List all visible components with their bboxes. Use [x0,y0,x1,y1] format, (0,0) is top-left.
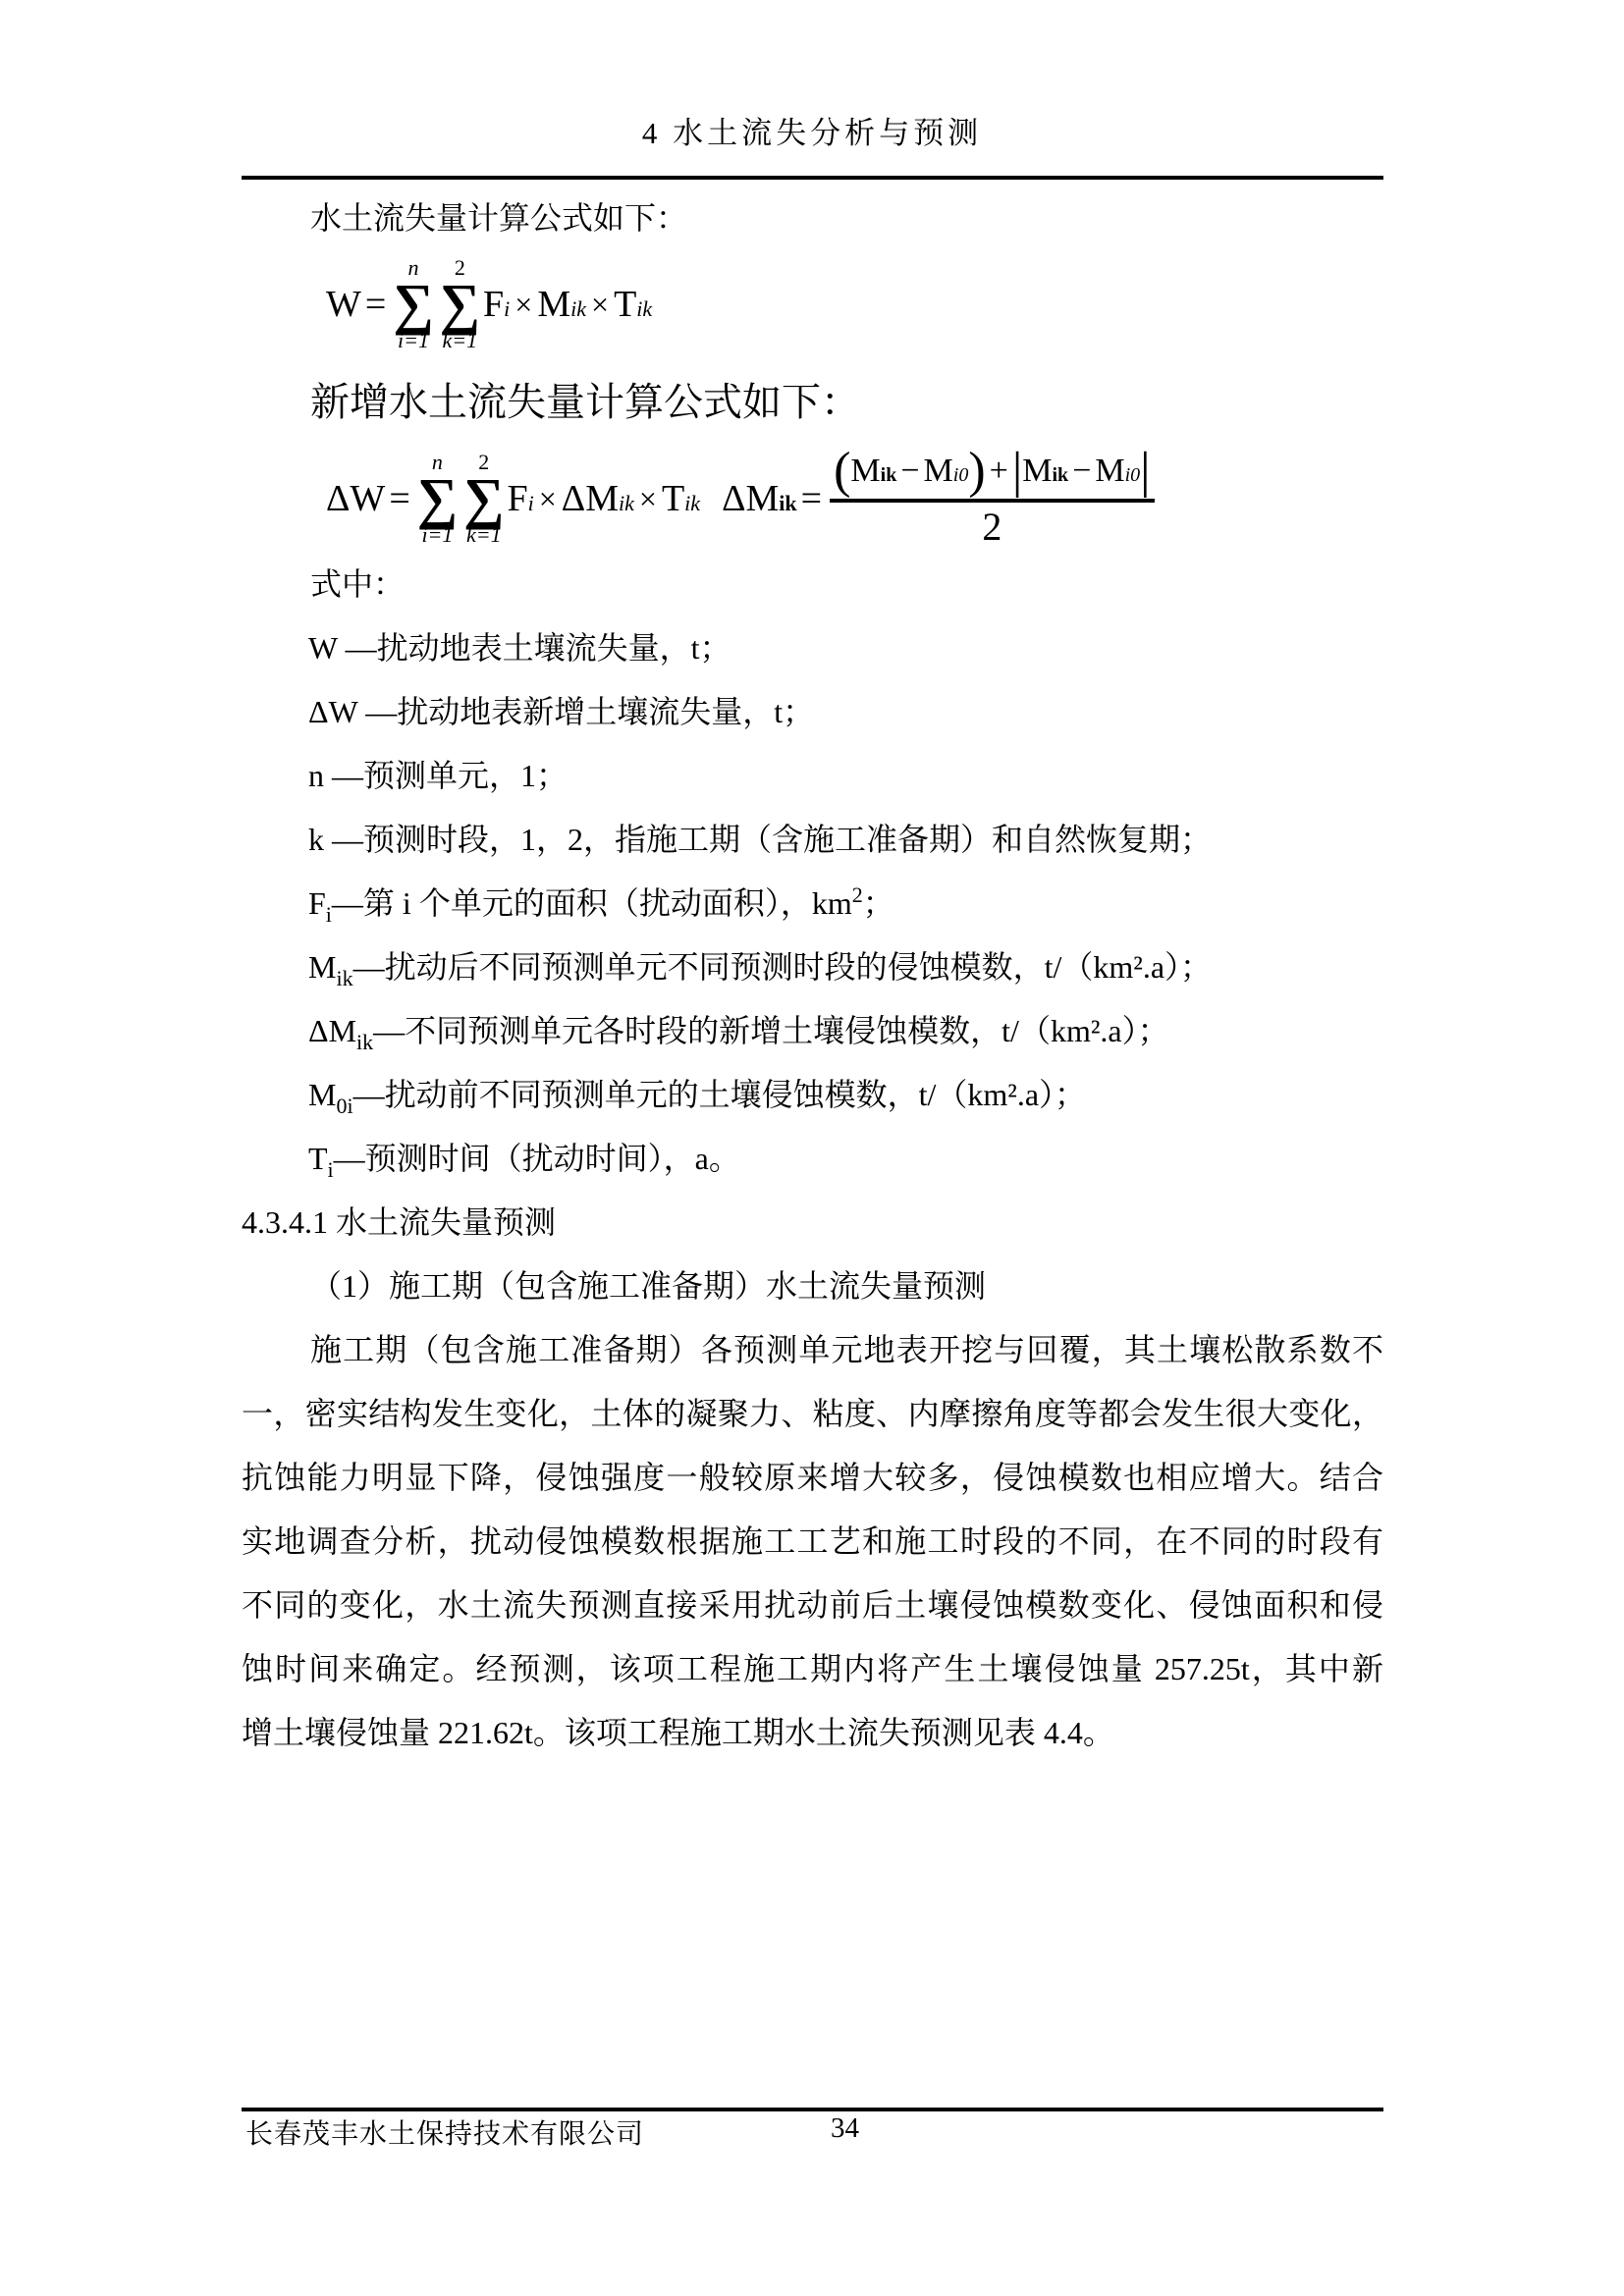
section-heading: 4.3.4.1 水土流失量预测 [242,1191,1383,1255]
multiply-sign: × [539,481,557,517]
multiply-sign: × [591,287,609,323]
paragraph-line: 蚀时间来确定。经预测，该项工程施工期内将产生土壤侵蚀量 257.25t，其中新 [242,1637,1383,1701]
definition-line: ΔMik—不同预测单元各时段的新增土壤侵蚀模数，t/（km².a）； [242,999,1383,1063]
summation-2: 2 ∑ k=1 [463,451,504,547]
term-dM: ΔMik [562,477,634,520]
formula-intro-1: 水土流失量计算公式如下： [242,195,1383,240]
equals-sign: = [365,283,386,326]
fraction: ( Mik − Mi0 ) + | Mik − Mi0 | 2 [830,449,1155,550]
sum-lower-limit: k=1 [443,329,478,352]
formula1-lhs: W [326,283,361,326]
abs-bar: | [1012,449,1022,494]
open-paren: ( [834,449,850,494]
formula2-lhs: ΔW [326,477,385,520]
document-page: 4 水土流失分析与预测 水土流失量计算公式如下： W= n ∑ i=1 2 ∑ … [0,0,1624,2296]
sub-heading: （1）施工期（包含施工准备期）水土流失量预测 [242,1255,1383,1318]
plus-sign: + [990,453,1008,490]
minus-sign: − [1072,453,1091,490]
formula-soil-loss: W= n ∑ i=1 2 ∑ k=1 Fi × Mik × Tik [242,249,1383,359]
formula-intro-2: 新增水土流失量计算公式如下： [242,377,1383,428]
multiply-sign: × [514,287,532,323]
fraction-numerator: ( Mik − Mi0 ) + | Mik − Mi0 | [830,449,1155,503]
sigma-icon: ∑ [393,280,433,329]
term-dM-def: ΔMik [722,477,797,520]
paragraph-line: 增土壤侵蚀量 221.62t。该项工程施工期水土流失预测见表 4.4。 [242,1701,1383,1765]
where-label: 式中： [242,561,1383,607]
term-F: Fi [483,283,510,326]
footer-company-name: 长春茂丰水土保持技术有限公司 [245,2112,644,2152]
summation-1: n ∑ i=1 [417,451,458,547]
close-paren: ) [968,449,985,494]
page-header-title: 4 水土流失分析与预测 [0,114,1624,153]
minus-sign: − [900,453,919,490]
term-M: Mik [537,283,586,326]
sum-lower-limit: k=1 [466,523,502,547]
paragraph-line: 不同的变化，水土流失预测直接采用扰动前后土壤侵蚀模数变化、侵蚀面积和侵 [242,1574,1383,1637]
fraction-denominator: 2 [982,503,1001,550]
sigma-icon: ∑ [417,474,458,523]
term-F: Fi [507,477,533,520]
footer-rule [242,2108,1383,2111]
term-T: Tik [662,477,700,520]
sigma-icon: ∑ [463,474,504,523]
equals-sign: = [389,477,409,520]
sum-lower-limit: i=1 [398,329,429,352]
sigma-icon: ∑ [440,280,480,329]
page-number: 34 [831,2112,859,2145]
equals-sign: = [801,477,822,520]
definition-line: W —扰动地表土壤流失量，t； [242,616,1383,680]
abs-bar: | [1140,449,1150,494]
summation-2: 2 ∑ k=1 [440,256,480,352]
formula-new-soil-loss: ΔW= n ∑ i=1 2 ∑ k=1 Fi × ΔMik × Tik ΔMik… [242,442,1383,556]
definition-line: k —预测时段，1，2，指施工期（含施工准备期）和自然恢复期； [242,808,1383,872]
definition-line: M0i—扰动前不同预测单元的土壤侵蚀模数，t/（km².a）； [242,1063,1383,1127]
definition-line: Ti—预测时间（扰动时间），a。 [242,1127,1383,1191]
paragraph-line: 一，密实结构发生变化，土体的凝聚力、粘度、内摩擦角度等都会发生很大变化， [242,1382,1383,1446]
multiply-sign: × [639,481,657,517]
definition-line: Fi—第 i 个单元的面积（扰动面积），km2； [242,872,1383,935]
sum-lower-limit: i=1 [421,523,453,547]
paragraph-line: 实地调查分析，扰动侵蚀模数根据施工工艺和施工时段的不同，在不同的时段有 [242,1510,1383,1574]
definition-line: Mik—扰动后不同预测单元不同预测时段的侵蚀模数，t/（km².a）； [242,935,1383,999]
paragraph-line: 抗蚀能力明显下降，侵蚀强度一般较原来增大较多，侵蚀模数也相应增大。结合 [242,1446,1383,1510]
paragraph-line: 施工期（包含施工准备期）各预测单元地表开挖与回覆，其土壤松散系数不 [242,1318,1383,1382]
page-content: 水土流失量计算公式如下： W= n ∑ i=1 2 ∑ k=1 Fi × Mik… [242,192,1383,1765]
definition-line: ΔW —扰动地表新增土壤流失量，t； [242,680,1383,744]
definition-line: n —预测单元，1； [242,744,1383,808]
header-rule [242,176,1383,180]
term-T: Tik [614,283,652,326]
body-paragraph: 施工期（包含施工准备期）各预测单元地表开挖与回覆，其土壤松散系数不一，密实结构发… [242,1318,1383,1765]
symbol-definitions: W —扰动地表土壤流失量，t；ΔW —扰动地表新增土壤流失量，t；n —预测单元… [242,616,1383,1191]
summation-1: n ∑ i=1 [393,256,433,352]
